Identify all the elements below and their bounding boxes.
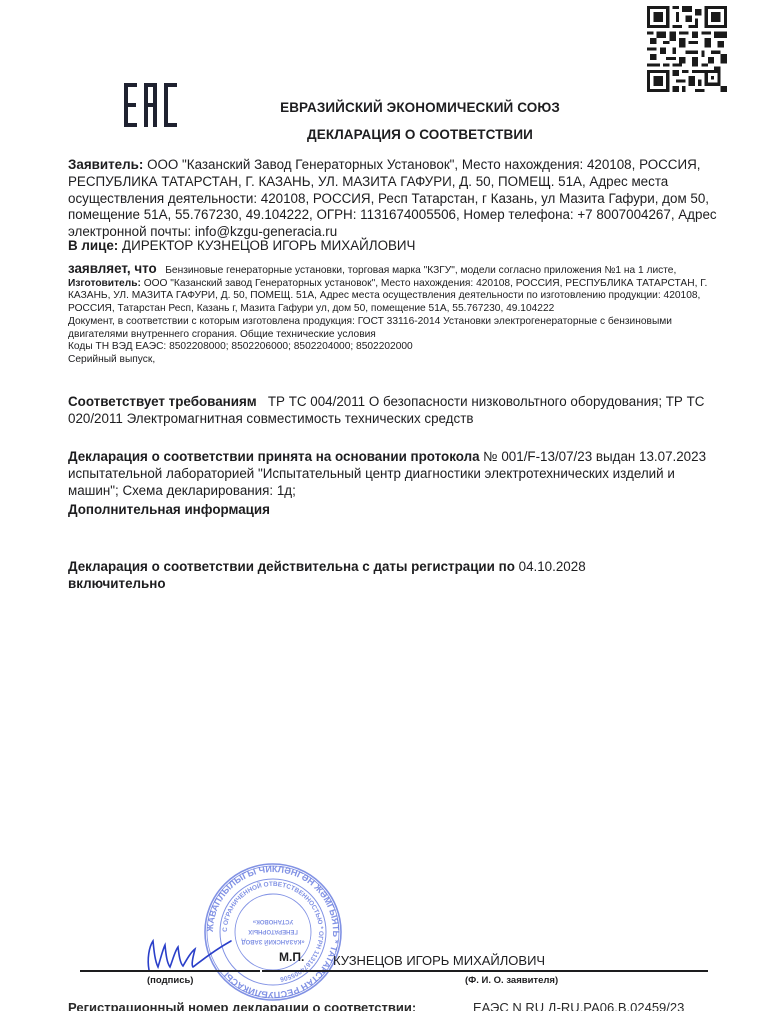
additional-info-section: Дополнительная информация — [68, 502, 728, 519]
declaration-details: заявляет, что Бензиновые генераторные ус… — [68, 263, 728, 367]
additional-info-label: Дополнительная информация — [68, 502, 270, 517]
validity-date: 04.10.2028 — [519, 559, 586, 574]
validity-section: Декларация о соответствии действительна … — [68, 559, 728, 593]
standard-line: Документ, в соответствии с которым изгот… — [68, 316, 728, 341]
manufacturer-text: ООО "Казанский завод Генераторных устано… — [68, 278, 707, 314]
requirements-label: Соответствует требованиям — [68, 394, 257, 409]
company-seal-icon: ЖАВАПЛЫЛЫГЫ ЧИКЛӘНГӘН ЖӘМГЫЯТЬ * ТАТАРСТ… — [203, 862, 343, 1002]
declares-line: заявляет, что Бензиновые генераторные ус… — [68, 263, 728, 278]
registration-label: Регистрационный номер декларации о соотв… — [68, 1000, 416, 1011]
validity-suffix: включительно — [68, 576, 166, 591]
union-title: ЕВРАЗИЙСКИЙ ЭКОНОМИЧЕСКИЙ СОЮЗ — [0, 100, 780, 115]
manufacturer-line: Изготовитель: ООО "Казанский завод Генер… — [68, 278, 728, 316]
signature-line — [80, 970, 260, 972]
basis-section: Декларация о соответствии принята на осн… — [68, 449, 728, 499]
svg-text:УСТАНОВОК»: УСТАНОВОК» — [252, 918, 293, 924]
document-title: ДЕКЛАРАЦИЯ О СООТВЕТСТВИИ — [0, 127, 780, 142]
applicant-section: Заявитель: ООО "Казанский Завод Генерато… — [68, 157, 728, 241]
signature-caption: (подпись) — [147, 975, 193, 986]
manufacturer-label: Изготовитель: — [68, 278, 141, 289]
validity-label: Декларация о соответствии действительна … — [68, 559, 515, 574]
declares-text: Бензиновые генераторные установки, торго… — [165, 265, 676, 276]
name-line — [262, 970, 708, 972]
qr-code-icon — [647, 5, 727, 93]
svg-text:«КАЗАНСКИЙ ЗАВОД: «КАЗАНСКИЙ ЗАВОД — [241, 938, 305, 946]
applicant-text: ООО "Казанский Завод Генераторных Устано… — [68, 157, 717, 239]
declares-label: заявляет, что — [68, 261, 157, 276]
signatory-name: КУЗНЕЦОВ ИГОРЬ МИХАЙЛОВИЧ — [333, 953, 545, 968]
svg-text:ГЕНЕРАТОРНЫХ: ГЕНЕРАТОРНЫХ — [248, 928, 298, 934]
registration-number: ЕАЭС N RU Д-RU.РА06.В.02459/23 — [473, 1000, 684, 1011]
name-caption: (Ф. И. О. заявителя) — [465, 975, 558, 986]
stamp-place-label: М.П. — [279, 950, 304, 964]
represented-by-section: В лице: ДИРЕКТОР КУЗНЕЦОВ ИГОРЬ МИХАЙЛОВ… — [68, 238, 728, 255]
registration-line: Регистрационный номер декларации о соотв… — [68, 1000, 728, 1011]
basis-label: Декларация о соответствии принята на осн… — [68, 449, 480, 464]
requirements-section: Соответствует требованиям ТР ТС 004/2011… — [68, 394, 728, 428]
codes-line: Коды ТН ВЭД ЕАЭС: 8502208000; 8502206000… — [68, 341, 728, 354]
applicant-label: Заявитель: — [68, 157, 143, 172]
signature-icon — [143, 937, 233, 973]
release-line: Серийный выпуск, — [68, 354, 728, 367]
represented-by-label: В лице: — [68, 238, 118, 253]
represented-by-text: ДИРЕКТОР КУЗНЕЦОВ ИГОРЬ МИХАЙЛОВИЧ — [122, 238, 415, 253]
